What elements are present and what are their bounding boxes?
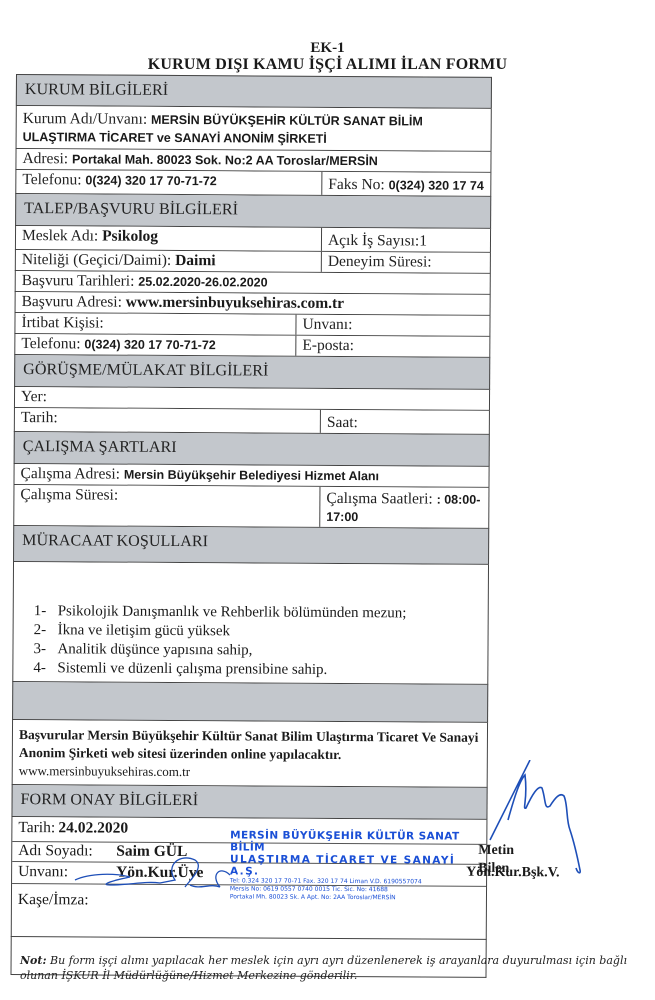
company-stamp: MERSİN BÜYÜKŞEHİR KÜLTÜR SANAT BİLİM ULA… <box>230 829 460 902</box>
stamp-signature-label: Kaşe/İmza: <box>18 891 89 909</box>
kurum-phone-label: Telefonu: <box>22 171 81 188</box>
app-address-row: Başvuru Adresi: www.mersinbuyuksehiras.c… <box>15 292 491 316</box>
interview-date-row: Tarih: Saat: <box>14 408 490 435</box>
kurum-name-label: Kurum Adı/Unvanı: <box>23 110 148 128</box>
kurum-address-value: Portakal Mah. 80023 Sok. No:2 AA Torosla… <box>72 152 378 168</box>
type-row: Niteliği (Geçici/Daimi): Daimi Deneyim S… <box>15 250 491 274</box>
contact-phone-value: 0(324) 320 17 70-71-72 <box>84 337 215 352</box>
form-title: KURUM DIŞI KAMU İŞÇİ ALIMI İLAN FORMU <box>0 56 655 74</box>
approver-name-value: Saim GÜL <box>116 843 187 861</box>
place-label: Yer: <box>21 388 47 405</box>
conditions-list: 1-Psikolojik Danışmanlık ve Rehberlik bö… <box>12 562 489 685</box>
annex-label: EK-1 <box>0 40 655 57</box>
stamp-line-1: MERSİN BÜYÜKŞEHİR KÜLTÜR SANAT BİLİM <box>230 829 460 854</box>
kurum-phone-row: Telefonu: 0(324) 320 17 70-71-72 Faks No… <box>15 170 491 197</box>
contact-phone-row: Telefonu: 0(324) 320 17 70-71-72 E-posta… <box>14 334 490 358</box>
email-label: E-posta: <box>302 337 354 354</box>
openings-label: Açık İş Sayısı: <box>328 232 419 250</box>
kurum-fax-value: 0(324) 320 17 74 <box>389 178 484 193</box>
note-text: Bu form işçi alımı yapılacak her meslek … <box>20 954 627 982</box>
job-label: Meslek Adı: <box>22 227 98 244</box>
application-info: Başvurular Mersin Büyükşehir Kültür Sana… <box>12 720 488 788</box>
job-value: Psikolog <box>102 228 158 245</box>
approver-name-label: Adı Soyadı: <box>18 842 93 860</box>
kurum-address-row: Adresi: Portakal Mah. 80023 Sok. No:2 AA… <box>15 149 491 173</box>
stamp-line-5: Portakal Mh. 80023 Sk. A Apt. No: 2AA To… <box>230 893 460 902</box>
app-address-label: Başvuru Adresi: <box>22 293 122 311</box>
interview-time-label: Saat: <box>327 414 358 431</box>
dates-value: 25.02.2020-26.02.2020 <box>138 275 267 290</box>
section-muracaat-header: MÜRACAAT KOŞULLARI <box>13 526 489 565</box>
kurum-phone-value: 0(324) 320 17 70-71-72 <box>85 173 216 188</box>
app-address-link[interactable]: www.mersinbuyuksehiras.com.tr <box>126 294 344 312</box>
kurum-fax-label: Faks No: <box>328 176 385 193</box>
contact-phone-label: Telefonu: <box>21 335 80 352</box>
experience-label: Deneyim Süresi: <box>328 253 432 271</box>
work-address-row: Çalışma Adresi: Mersin Büyükşehir Beledi… <box>13 464 489 488</box>
section-gorusme-header: GÖRÜŞME/MÜLAKAT BİLGİLERİ <box>14 355 490 390</box>
section-talep-header: TALEP/BAŞVURU BİLGİLERİ <box>15 194 491 229</box>
note-label: Not: <box>20 954 47 967</box>
work-hours-label: Çalışma Saatleri: <box>326 490 432 508</box>
approver-title-label: Unvanı: <box>18 863 68 881</box>
application-info-url[interactable]: www.mersinbuyuksehiras.com.tr <box>19 762 481 783</box>
contact-title-label: Unvanı: <box>302 316 352 333</box>
kurum-address-label: Adresi: <box>22 150 68 167</box>
contact-label: İrtibat Kişisi: <box>21 314 103 332</box>
type-label: Niteliği (Geçici/Daimi): <box>22 251 171 269</box>
approver-title-value: Yön.Kur.Üye <box>116 864 203 883</box>
section-kurum-header: KURUM BİLGİLERİ <box>16 74 492 109</box>
stamp-line-2: ULAŞTIRMA TİCARET VE SANAYİ A.Ş. <box>230 853 460 878</box>
footer-note: Not: Bu form işçi alımı yapılacak her me… <box>20 953 640 983</box>
section-calisma-header: ÇALIŞMA ŞARTLARI <box>14 432 490 467</box>
openings-value: 1 <box>419 232 427 249</box>
dates-row: Başvuru Tarihleri: 25.02.2020-26.02.2020 <box>15 271 491 295</box>
contact-row: İrtibat Kişisi: Unvanı: <box>14 313 490 337</box>
application-info-text: Başvurular Mersin Büyükşehir Kültür Sana… <box>19 726 481 765</box>
approval-date-value: 24.02.2020 <box>58 819 128 837</box>
signer2-title: Yön.Kur.Bşk.V. <box>466 864 559 883</box>
dates-label: Başvuru Tarihleri: <box>22 272 135 290</box>
type-value: Daimi <box>175 252 216 269</box>
condition-item: 4-Sistemli ve düzenli çalışma prensibine… <box>33 659 487 681</box>
blank-gray-band <box>12 682 488 723</box>
work-address-value: Mersin Büyükşehir Belediyesi Hizmet Alan… <box>124 468 379 484</box>
kurum-name-row: Kurum Adı/Unvanı: MERSİN BÜYÜKŞEHİR KÜLT… <box>16 106 492 152</box>
work-duration-label: Çalışma Süresi: <box>20 486 118 504</box>
approval-date-label: Tarih: <box>18 819 55 837</box>
section-onay-header: FORM ONAY BİLGİLERİ <box>11 785 487 820</box>
job-row: Meslek Adı: Psikolog Açık İş Sayısı:1 <box>15 226 491 253</box>
work-address-label: Çalışma Adresi: <box>21 465 121 483</box>
work-duration-row: Çalışma Süresi: Çalışma Saatleri: : 08:0… <box>13 485 489 529</box>
interview-date-label: Tarih: <box>21 409 58 426</box>
place-row: Yer: <box>14 387 490 411</box>
